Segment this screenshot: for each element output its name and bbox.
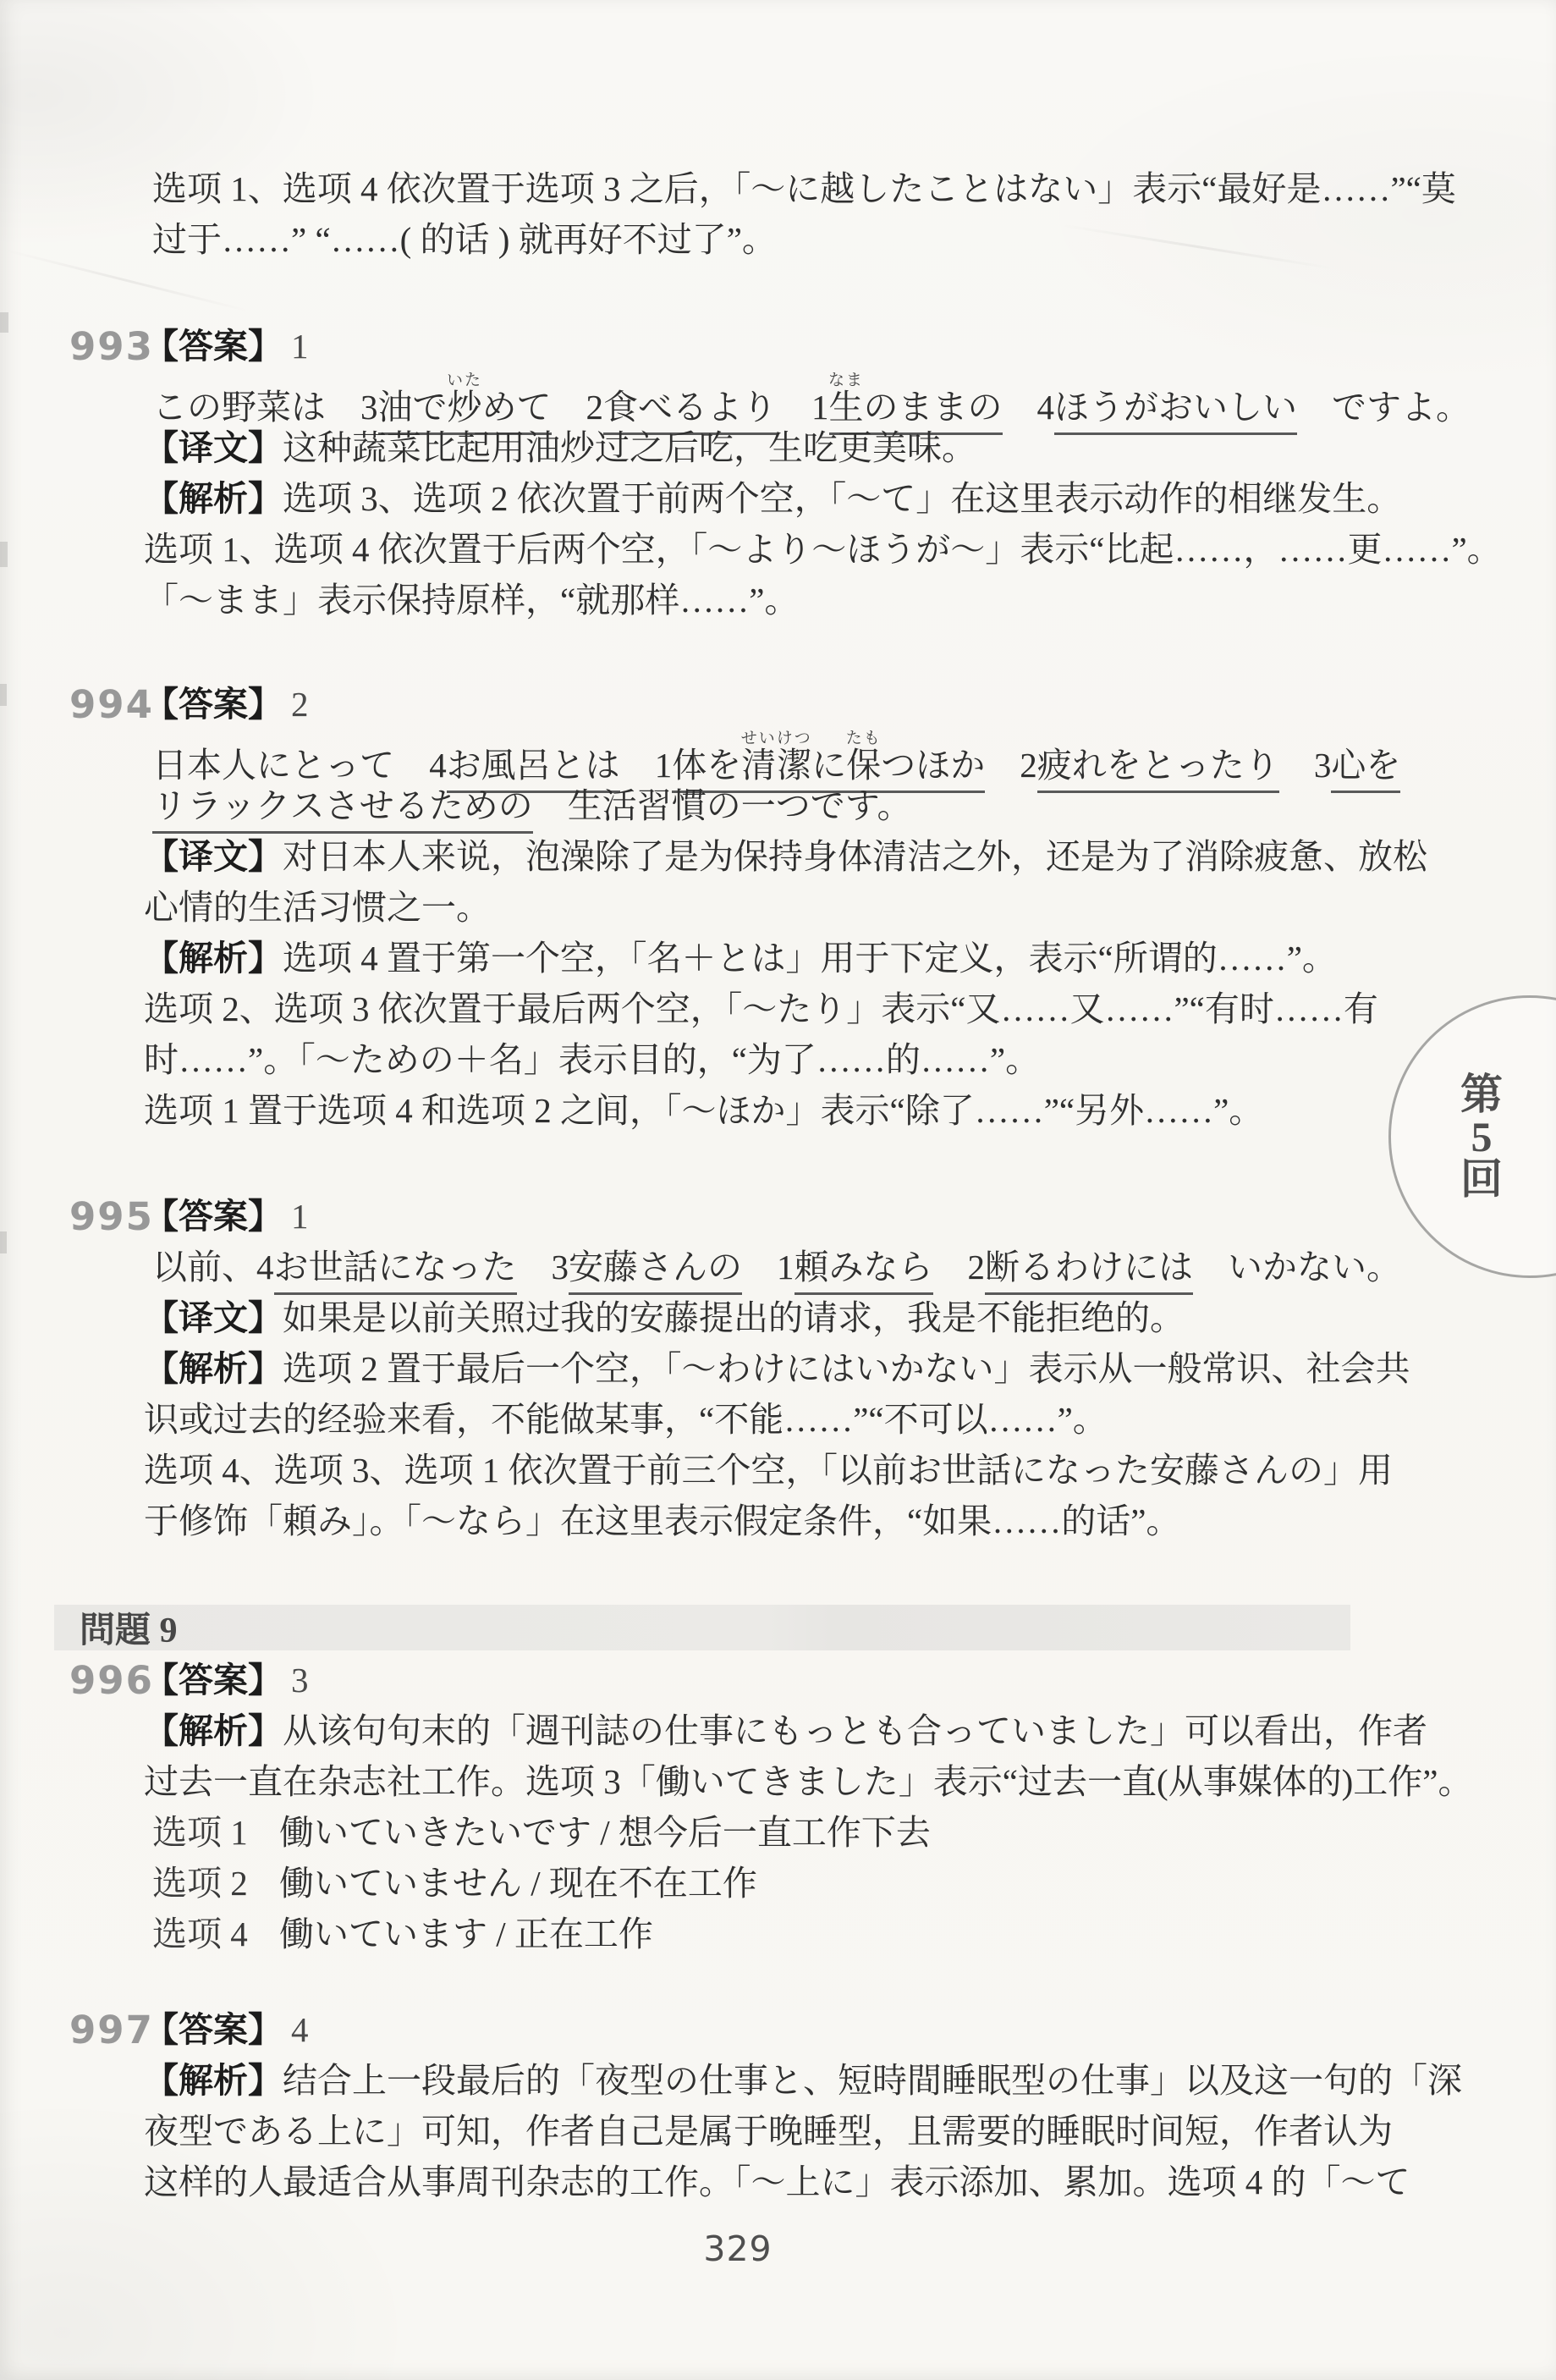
kanji-with-furigana: 炒いた (448, 388, 482, 427)
option-line: 选项 1働いていきたいです / 想今后一直工作下去 (152, 1807, 1462, 1858)
answer-value: 3 (291, 1661, 309, 1700)
kanji-with-furigana: 清潔せいけつ (741, 746, 811, 785)
analysis-label: 【解析】 (144, 1349, 283, 1388)
sentence-line: 日本人にとって 4お風呂とは 1体を清潔せいけつに保たもつほか 2疲れをとったり… (152, 730, 1462, 780)
answer-label: 【答案】 (144, 1661, 283, 1700)
analysis-label: 【解析】 (144, 1711, 283, 1750)
question-number: 995 (69, 1194, 154, 1239)
underlined-phrase: 頼みなら (794, 1248, 933, 1295)
sentence-run (1003, 388, 1037, 427)
analysis-line: 这样的人最适合从事周刊杂志的工作。「～上に」表示添加、累加。选项 4 的「～て (144, 2157, 1462, 2207)
analysis-text: 选项 2 置于最后一个空，「～わけにはいかない」表示从一般常识、社会共 (283, 1349, 1410, 1388)
answer-label: 【答案】 (144, 327, 283, 366)
option-line: 选项 4働いています / 正在工作 (152, 1909, 1462, 1959)
analysis-line: 【解析】从该句句末的「週刊誌の仕事にもっとも合っていました」可以看出，作者 (144, 1705, 1462, 1756)
option-text: 働いています / 正在工作 (279, 1914, 653, 1953)
translation-line: 【译文】对日本人来说，泡澡除了是为保持身体清洁之外，还是为了消除疲惫、放松 (144, 831, 1462, 882)
sentence-run: 4 (1037, 388, 1055, 427)
analysis-line: 「～まま」表示保持原样，“就那样……”。 (144, 575, 1462, 625)
analysis-line: 【解析】选项 2 置于最后一个空，「～わけにはいかない」表示从一般常识、社会共 (144, 1343, 1462, 1394)
analysis-line: 选项 1、选项 4 依次置于选项 3 之后，「～に越したことはない」表示“最好是… (152, 163, 1462, 214)
analysis-label: 【解析】 (144, 2061, 283, 2100)
sentence-run: 1 (777, 1248, 794, 1286)
option-text: 働いていません / 现在不在工作 (279, 1864, 757, 1903)
answer-line: 【答案】2 (144, 679, 1462, 730)
sentence-run (552, 388, 586, 427)
scan-mark (0, 684, 7, 706)
scan-mark (0, 312, 8, 333)
question-994: 994 【答案】2 日本人にとって 4お風呂とは 1体を清潔せいけつに保たもつほ… (74, 679, 1462, 1136)
analysis-line: 过去一直在杂志社工作。选项 3「働いてきました」表示“过去一直(从事媒体的)工作… (144, 1756, 1462, 1807)
answer-value: 1 (291, 1197, 309, 1236)
answer-line: 【答案】1 (144, 1191, 1462, 1242)
underlined-phrase: お世話になった (274, 1248, 517, 1295)
round-tab-char: 回 (1443, 1158, 1520, 1200)
analysis-line: 过于……” “……( 的话 ) 就再好不过了”。 (152, 214, 1462, 265)
translation-text: 对日本人来说，泡澡除了是为保持身体清洁之外，还是为了消除疲惫、放松 (283, 837, 1427, 876)
translation-line: 【译文】如果是以前关照过我的安藤提出的请求，我是不能拒绝的。 (144, 1292, 1462, 1343)
continuation-paragraph: 选项 1、选项 4 依次置于选项 3 之后，「～に越したことはない」表示“最好是… (74, 163, 1462, 265)
sentence-run: 3 (1314, 746, 1332, 785)
round-tab-char: 5 (1443, 1116, 1520, 1158)
analysis-line: 识或过去的经验来看，不能做某事，“不能……”“不可以……”。 (144, 1394, 1462, 1445)
question-993: 993 【答案】1 この野菜は 3油で炒いためて 2食べるより 1生なまのままの… (74, 321, 1462, 625)
analysis-line: 【解析】选项 4 置于第一个空，「名＋とは」用于下定义，表示“所谓的……”。 (144, 933, 1462, 983)
option-label: 选项 1 (152, 1807, 279, 1858)
sentence-run: 2 (968, 1248, 986, 1286)
sentence-run (933, 1248, 968, 1286)
option-text: 働いていきたいです / 想今后一直工作下去 (279, 1813, 931, 1852)
sentence-run: ですよ。 (1297, 388, 1471, 427)
kanji-with-furigana: 生なま (829, 388, 864, 427)
sentence-run: いかない。 (1193, 1248, 1401, 1286)
sentence-line: 以前、4お世話になった 3安藤さんの 1頼みなら 2断るわけには いかない。 (152, 1242, 1462, 1292)
answer-value: 4 (291, 2010, 309, 2049)
underlined-phrase: 疲れをとったり (1037, 746, 1279, 793)
translation-text: 如果是以前关照过我的安藤提出的请求，我是不能拒绝的。 (283, 1298, 1185, 1337)
sentence-run (517, 1248, 552, 1286)
scan-mark (0, 1231, 7, 1253)
sentence-run: 2 (586, 388, 604, 427)
analysis-line: 选项 2、选项 3 依次置于最后两个空，「～たり」表示“又……又……”“有时……… (144, 983, 1462, 1034)
question-number: 993 (69, 324, 154, 369)
sentence-run: 3 (360, 388, 378, 427)
sentence-run: 1 (811, 388, 829, 427)
sentence-run (620, 746, 655, 785)
analysis-line: 【解析】结合上一段最后的「夜型の仕事と、短時間睡眠型の仕事」以及这一句的「深 (144, 2055, 1462, 2106)
sentence-run (985, 746, 1020, 785)
translation-label: 【译文】 (144, 837, 283, 876)
analysis-line: 选项 4、选项 3、选项 1 依次置于前三个空，「以前お世話になった安藤さんの」… (144, 1445, 1462, 1496)
analysis-line: 夜型である上に」可知，作者自己是属于晚睡型，且需要的睡眠时间短，作者认为 (144, 2106, 1462, 2157)
translation-line: 心情的生活习惯之一。 (144, 882, 1462, 933)
question-996: 996 【答案】3 【解析】从该句句末的「週刊誌の仕事にもっとも合っていました」… (74, 1655, 1462, 1959)
translation-label: 【译文】 (144, 1298, 283, 1337)
underlined-phrase: 心を (1331, 746, 1400, 793)
sentence-run (742, 1248, 777, 1286)
analysis-text: 结合上一段最后的「夜型の仕事と、短時間睡眠型の仕事」以及这一句的「深 (283, 2061, 1462, 2100)
sentence-run (1279, 746, 1314, 785)
answer-line: 【答案】3 (144, 1655, 1462, 1705)
answer-value: 2 (291, 685, 309, 724)
sentence-run: 日本人にとって (152, 746, 429, 785)
round-tab-char: 第 (1443, 1073, 1520, 1116)
underlined-phrase: ほうがおいしい (1054, 388, 1297, 435)
analysis-line: 于修饰「頼み」。「～なら」在这里表示假定条件，“如果……的话”。 (144, 1496, 1462, 1546)
translation-text: 这种蔬菜比起用油炒过之后吃，生吃更美味。 (283, 428, 976, 467)
section-header-band: 問題 9 (54, 1605, 1350, 1650)
question-number: 994 (69, 682, 154, 727)
translation-label: 【译文】 (144, 428, 283, 467)
sentence-run: 生活習慣の一つです。 (533, 786, 912, 825)
option-label: 选项 4 (152, 1909, 279, 1959)
page-number: 329 (703, 2228, 772, 2269)
scan-mark (0, 542, 8, 567)
underlined-phrase: 安藤さんの (569, 1248, 742, 1295)
question-number: 996 (69, 1658, 154, 1703)
answer-label: 【答案】 (144, 685, 283, 724)
option-line: 选项 2働いていません / 现在不在工作 (152, 1858, 1462, 1909)
question-997: 997 【答案】4 【解析】结合上一段最后的「夜型の仕事と、短時間睡眠型の仕事」… (74, 2004, 1462, 2207)
underlined-phrase: リラックスさせるための (152, 786, 533, 834)
analysis-line: 选项 1 置于选项 4 和选项 2 之间，「～ほか」表示“除了……”“另外……”… (144, 1085, 1462, 1136)
answer-label: 【答案】 (144, 1197, 283, 1236)
analysis-text: 从该句句末的「週刊誌の仕事にもっとも合っていました」可以看出，作者 (283, 1711, 1427, 1750)
analysis-line: 时……”。「～ための＋名」表示目的，“为了……的……”。 (144, 1034, 1462, 1085)
analysis-line: 【解析】选项 3、选项 2 依次置于前两个空，「～て」在这里表示动作的相继发生。 (144, 473, 1462, 524)
round-tab: 第 5 回 (1443, 1073, 1520, 1200)
sentence-run: 1 (655, 746, 673, 785)
question-number: 997 (69, 2008, 154, 2052)
sentence-line: この野菜は 3油で炒いためて 2食べるより 1生なまのままの 4ほうがおいしい … (152, 372, 1462, 422)
analysis-text: 选项 4 置于第一个空，「名＋とは」用于下定义，表示“所谓的……”。 (283, 939, 1337, 978)
answer-line: 【答案】4 (144, 2004, 1462, 2055)
analysis-line: 选项 1、选项 4 依次置于后两个空，「～より～ほうが～」表示“比起……，……更… (144, 524, 1462, 575)
sentence-run: 4 (256, 1248, 274, 1286)
sentence-run: 以前、 (152, 1248, 256, 1286)
analysis-text: 选项 3、选项 2 依次置于前两个空，「～て」在这里表示动作的相继发生。 (283, 479, 1401, 518)
sentence-run: 4 (429, 746, 447, 785)
sentence-run: この野菜は (152, 388, 360, 427)
book-page: 选项 1、选项 4 依次置于选项 3 之后，「～に越したことはない」表示“最好是… (0, 0, 1556, 2380)
sentence-run (777, 388, 811, 427)
answer-value: 1 (291, 327, 309, 366)
question-995: 995 【答案】1 以前、4お世話になった 3安藤さんの 1頼みなら 2断るわけ… (74, 1191, 1462, 1546)
option-label: 选项 2 (152, 1858, 279, 1909)
section-title: 問題 9 (80, 1602, 178, 1653)
analysis-label: 【解析】 (144, 479, 283, 518)
kanji-with-furigana: 保たも (846, 746, 881, 785)
analysis-label: 【解析】 (144, 939, 283, 978)
answer-label: 【答案】 (144, 2010, 283, 2049)
sentence-run: 2 (1020, 746, 1037, 785)
answer-line: 【答案】1 (144, 321, 1462, 372)
sentence-run: 3 (552, 1248, 569, 1286)
underlined-phrase: 断るわけには (985, 1248, 1193, 1295)
